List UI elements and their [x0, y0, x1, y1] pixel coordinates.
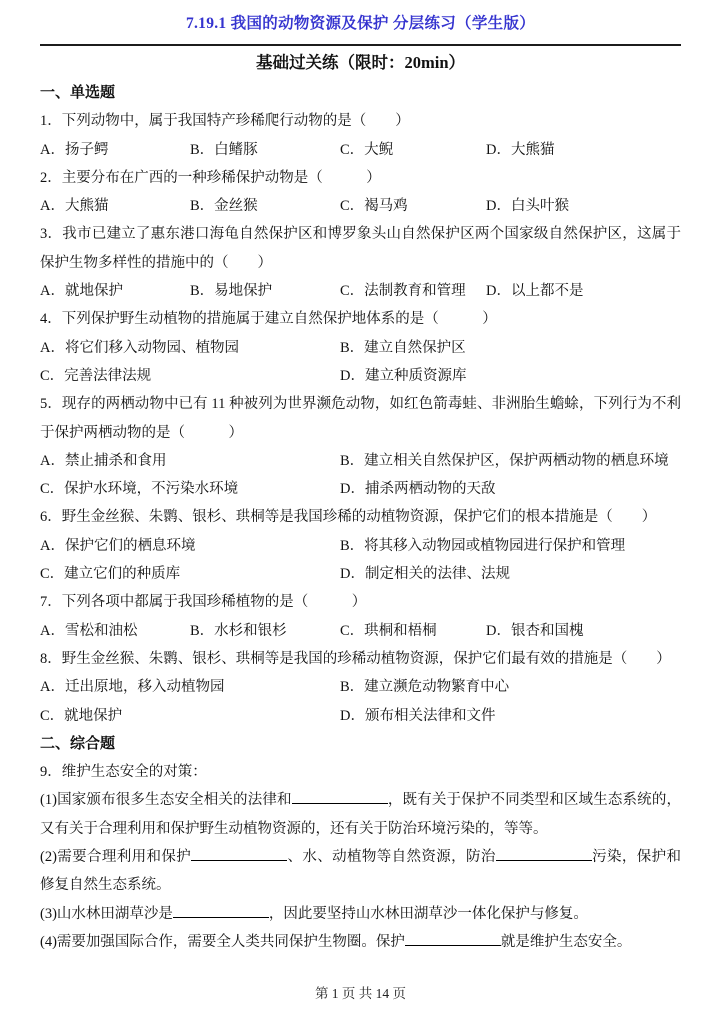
option: A．雪松和油松	[40, 617, 190, 645]
answer-blank	[405, 930, 501, 946]
worksheet-page: 7.19.1 我国的动物资源及保护 分层练习（学生版） 基础过关练（限时：20m…	[0, 0, 721, 1024]
answer-blank	[191, 846, 287, 862]
option: D．以上都不是	[486, 277, 681, 305]
page-footer: 第 1 页 共 14 页	[0, 982, 721, 1002]
options-row: A．就地保护B．易地保护C．法制教育和管理D．以上都不是	[40, 277, 681, 305]
option: B．白鳍豚	[190, 136, 340, 164]
answer-blank	[173, 902, 269, 918]
question-stem: 3．我市已建立了惠东港口海龟自然保护区和博罗象头山自然保护区两个国家级自然保护区…	[40, 220, 681, 277]
option: A．就地保护	[40, 277, 190, 305]
option: C．褐马鸡	[340, 192, 486, 220]
answer-blank	[292, 789, 388, 805]
options-row: C．保护水环境，不污染水环境D．捕杀两栖动物的天敌	[40, 475, 681, 503]
question-stem: 9．维护生态安全的对策：	[40, 758, 681, 786]
option: A．大熊猫	[40, 192, 190, 220]
question-stem: 8．野生金丝猴、朱鹮、银杉、珙桐等是我国的珍稀动植物资源，保护它们最有效的措施是…	[40, 645, 681, 673]
option: D．捕杀两栖动物的天敌	[340, 475, 681, 503]
option: D．颁布相关法律和文件	[340, 702, 681, 730]
section-heading: 二、综合题	[40, 730, 681, 758]
fill-text: (3)山水林田湖草沙是	[40, 906, 173, 922]
fill-text: 、水、动植物等自然资源，防治	[287, 849, 496, 865]
option: C．珙桐和梧桐	[340, 617, 486, 645]
option: A．保护它们的栖息环境	[40, 532, 340, 560]
doc-title: 7.19.1 我国的动物资源及保护 分层练习（学生版）	[0, 0, 721, 35]
questions-container: 一、单选题1．下列动物中，属于我国特产珍稀爬行动物的是（ ）A．扬子鳄B．白鳍豚…	[40, 79, 681, 956]
option: B．建立相关自然保护区，保护两栖动物的栖息环境	[340, 447, 681, 475]
question-stem: 7．下列各项中都属于我国珍稀植物的是（ ）	[40, 588, 681, 616]
option: D．制定相关的法律、法规	[340, 560, 681, 588]
option: D．白头叶猴	[486, 192, 681, 220]
option: A．迁出原地，移入动植物园	[40, 673, 340, 701]
options-row: A．保护它们的栖息环境B．将其移入动物园或植物园进行保护和管理	[40, 532, 681, 560]
question-stem: 1．下列动物中，属于我国特产珍稀爬行动物的是（ ）	[40, 107, 681, 135]
fill-paragraph: (3)山水林田湖草沙是，因此要坚持山水林田湖草沙一体化保护与修复。	[40, 900, 681, 928]
option: A．禁止捕杀和食用	[40, 447, 340, 475]
fill-text: (4)需要加强国际合作，需要全人类共同保护生物圈。保护	[40, 934, 405, 950]
question-stem: 6．野生金丝猴、朱鹮、银杉、珙桐等是我国珍稀的动植物资源，保护它们的根本措施是（…	[40, 503, 681, 531]
fill-text: 就是维护生态安全。	[501, 934, 632, 950]
section-heading: 一、单选题	[40, 79, 681, 107]
answer-blank	[496, 846, 592, 862]
options-row: C．完善法律法规D．建立种质资源库	[40, 362, 681, 390]
option: B．水杉和银杉	[190, 617, 340, 645]
fill-paragraph: (2)需要合理利用和保护、水、动植物等自然资源，防治污染，保护和修复自然生态系统…	[40, 843, 681, 900]
option: D．建立种质资源库	[340, 362, 681, 390]
options-row: A．雪松和油松B．水杉和银杉C．珙桐和梧桐D．银杏和国槐	[40, 617, 681, 645]
fill-text: (2)需要合理利用和保护	[40, 849, 191, 865]
option: B．将其移入动物园或植物园进行保护和管理	[340, 532, 681, 560]
options-row: A．将它们移入动物园、植物园B．建立自然保护区	[40, 334, 681, 362]
options-row: A．大熊猫B．金丝猴C．褐马鸡D．白头叶猴	[40, 192, 681, 220]
option: B．易地保护	[190, 277, 340, 305]
question-stem: 2．主要分布在广西的一种珍稀保护动物是（ ）	[40, 164, 681, 192]
option: C．建立它们的种质库	[40, 560, 340, 588]
option: C．法制教育和管理	[340, 277, 486, 305]
options-row: A．扬子鳄B．白鳍豚C．大鲵D．大熊猫	[40, 136, 681, 164]
options-row: C．就地保护D．颁布相关法律和文件	[40, 702, 681, 730]
options-row: C．建立它们的种质库D．制定相关的法律、法规	[40, 560, 681, 588]
option: C．就地保护	[40, 702, 340, 730]
option: C．完善法律法规	[40, 362, 340, 390]
option: C．保护水环境，不污染水环境	[40, 475, 340, 503]
option: A．将它们移入动物园、植物园	[40, 334, 340, 362]
option: B．建立自然保护区	[340, 334, 681, 362]
header-rule	[40, 44, 681, 46]
option: A．扬子鳄	[40, 136, 190, 164]
fill-paragraph: (4)需要加强国际合作，需要全人类共同保护生物圈。保护就是维护生态安全。	[40, 928, 681, 956]
option: B．金丝猴	[190, 192, 340, 220]
option: C．大鲵	[340, 136, 486, 164]
option: B．建立濒危动物繁育中心	[340, 673, 681, 701]
exam-section-title: 基础过关练（限时：20min）	[0, 50, 721, 76]
question-stem: 4．下列保护野生动植物的措施属于建立自然保护地体系的是（ ）	[40, 305, 681, 333]
question-stem: 5．现存的两栖动物中已有 11 种被列为世界濒危动物，如红色箭毒蛙、非洲胎生蟾蜍…	[40, 390, 681, 447]
fill-paragraph: (1)国家颁布很多生态安全相关的法律和，既有关于保护不同类型和区域生态系统的，又…	[40, 786, 681, 843]
option: D．银杏和国槐	[486, 617, 681, 645]
options-row: A．禁止捕杀和食用B．建立相关自然保护区，保护两栖动物的栖息环境	[40, 447, 681, 475]
options-row: A．迁出原地，移入动植物园B．建立濒危动物繁育中心	[40, 673, 681, 701]
fill-text: ，因此要坚持山水林田湖草沙一体化保护与修复。	[269, 906, 588, 922]
fill-text: (1)国家颁布很多生态安全相关的法律和	[40, 792, 292, 808]
option: D．大熊猫	[486, 136, 681, 164]
